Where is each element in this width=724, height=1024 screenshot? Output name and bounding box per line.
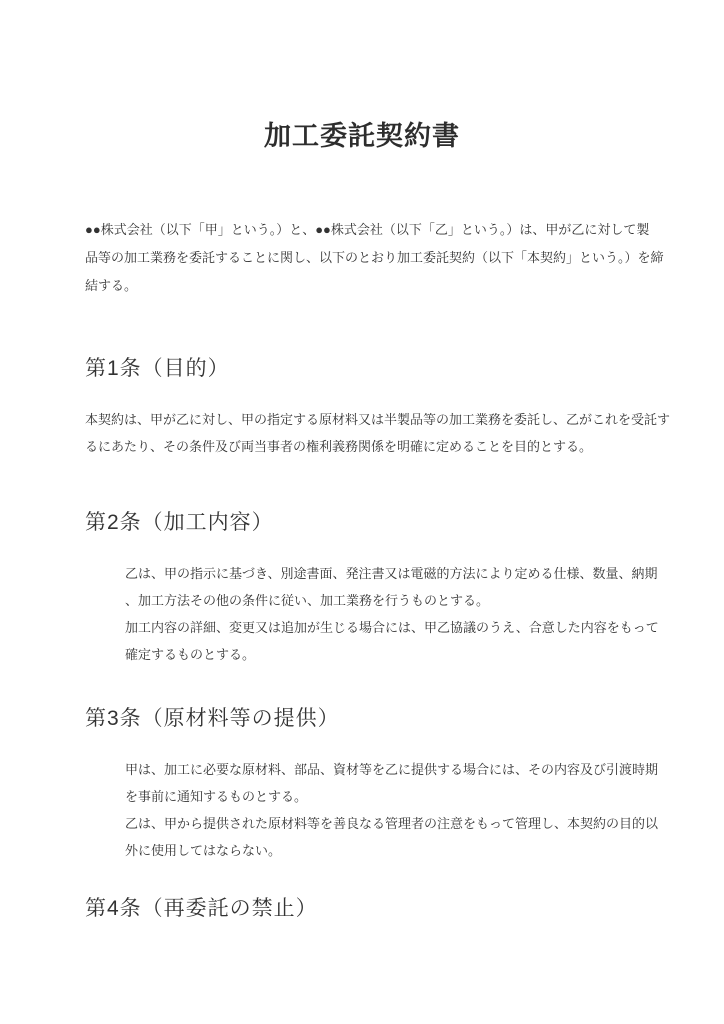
article-1-heading: 第1条（目的） bbox=[85, 356, 684, 382]
article-section-3: 第3条（原材料等の提供） 甲は、加工に必要な原材料、部品、資材等を乙に提供する場… bbox=[85, 706, 684, 864]
article-3-heading: 第3条（原材料等の提供） bbox=[85, 706, 684, 732]
article-3-body: 甲は、加工に必要な原材料、部品、資材等を乙に提供する場合には、その内容及び引渡時… bbox=[125, 756, 684, 864]
article-section-2: 第2条（加工内容） 乙は、甲の指示に基づき、別途書面、発注書又は電磁的方法により… bbox=[85, 510, 684, 668]
article-4-heading: 第4条（再委託の禁止） bbox=[85, 896, 684, 922]
article-1-body: 本契約は、甲が乙に対し、甲の指定する原材料又は半製品等の加工業務を委託し、乙がこ… bbox=[85, 406, 684, 460]
document-page: 加工委託契約書 ●●株式会社（以下「甲」という。）と、●●株式会社（以下「乙」と… bbox=[0, 0, 724, 1024]
article-2-body: 乙は、甲の指示に基づき、別途書面、発注書又は電磁的方法により定める仕様、数量、納… bbox=[125, 560, 684, 668]
document-title: 加工委託契約書 bbox=[85, 118, 639, 154]
article-2-heading: 第2条（加工内容） bbox=[85, 510, 684, 536]
intro-paragraph: ●●株式会社（以下「甲」という。）と、●●株式会社（以下「乙」という。）は、甲が… bbox=[85, 216, 684, 300]
article-section-1: 第1条（目的） 本契約は、甲が乙に対し、甲の指定する原材料又は半製品等の加工業務… bbox=[85, 356, 684, 460]
article-section-4: 第4条（再委託の禁止） bbox=[85, 896, 684, 922]
